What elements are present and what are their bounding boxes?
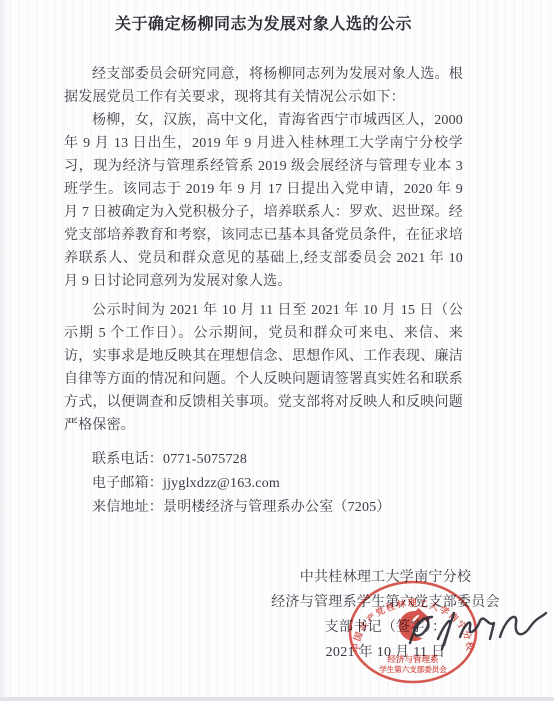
contact-address: 来信地址：景明楼经济与管理系办公室（7205） <box>64 496 463 520</box>
scan-bottom-edge <box>0 697 554 701</box>
document-body: 关于确定杨柳同志为发展对象人选的公示 经支部委员会研究同意，将杨柳同志列为发展对… <box>64 14 463 520</box>
contact-info: 联系电话：0771-5075728 电子邮箱：jjyglxdzz@163.com… <box>64 448 463 520</box>
stamp-inner-line2: 学生第六支部委员会 <box>379 664 447 674</box>
paragraphs: 经支部委员会研究同意，将杨柳同志列为发展对象人选。根据发展党员工作有关要求，现将… <box>64 63 463 437</box>
paragraph-candidate-info: 杨柳，女，汉族，高中文化，青海省西宁市城西区人，2000 年 9 月 13 日出… <box>64 109 463 293</box>
scanned-document-page: 关于确定杨柳同志为发展对象人选的公示 经支部委员会研究同意，将杨柳同志列为发展对… <box>0 0 554 701</box>
stamp-inner-line1: 经济与管理系 <box>387 654 439 664</box>
contact-email: 电子邮箱：jjyglxdzz@163.com <box>64 472 463 496</box>
handwritten-signature <box>402 603 550 655</box>
paragraph-intro: 经支部委员会研究同意，将杨柳同志列为发展对象人选。根据发展党员工作有关要求，现将… <box>64 63 463 109</box>
paragraph-publicity-period: 公示时间为 2021 年 10 月 11 日至 2021 年 10 月 15 日… <box>64 299 463 437</box>
contact-phone: 联系电话：0771-5075728 <box>64 448 463 472</box>
document-title: 关于确定杨柳同志为发展对象人选的公示 <box>64 14 463 36</box>
